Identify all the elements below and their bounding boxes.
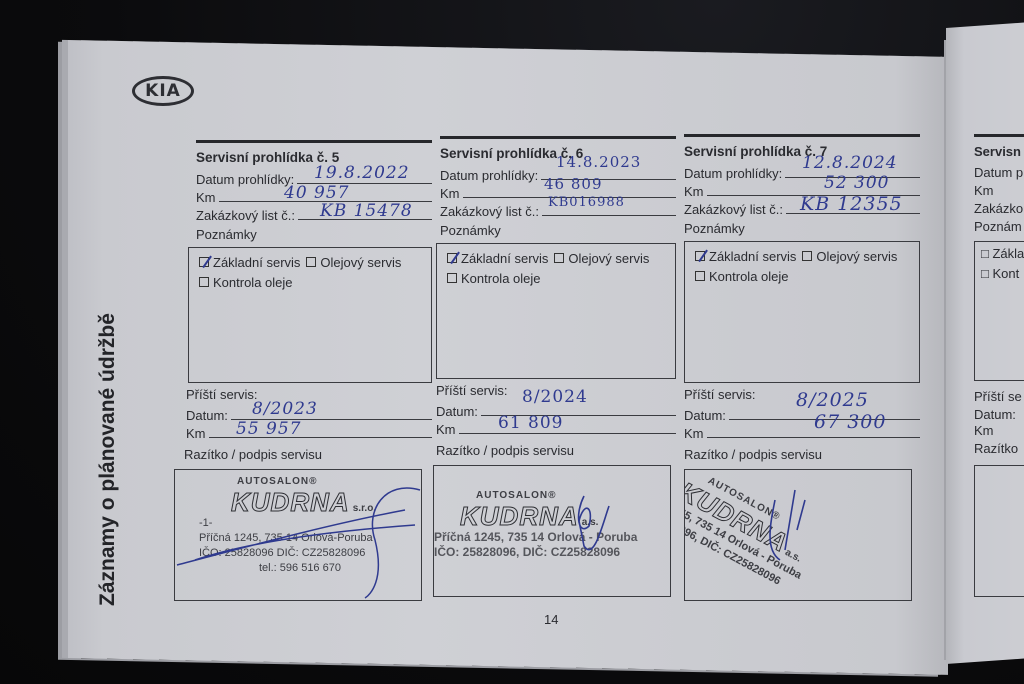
- next-km-label: Km: [436, 422, 456, 437]
- notes-label: Poznámky: [196, 227, 432, 245]
- date-label: Datum prohlídky:: [684, 166, 782, 181]
- stamp-label: Razítko / podpis servisu: [436, 443, 676, 461]
- checkbox-label: Základní servis: [461, 251, 548, 266]
- order-value: KB 12355: [800, 193, 903, 215]
- signature-scribble: [175, 470, 421, 600]
- card-top-rule: [196, 140, 432, 143]
- notes-box[interactable]: Základní servisOlejový servis Kontrola o…: [684, 241, 920, 383]
- service-record-card: Servisní prohlídka č. 7 Datum prohlídky:…: [684, 134, 920, 601]
- order-value: KB016988: [548, 195, 625, 210]
- next-km-value: 55 957: [236, 419, 301, 439]
- checkbox-icon: [695, 271, 705, 281]
- order-field[interactable]: Zakázkový list č.:KB 12355: [684, 199, 920, 217]
- service-record-card: Servisní prohlídka č. 6 Datum prohlídky:…: [440, 136, 676, 597]
- order-field[interactable]: Zakázkový list č.:KB 15478: [196, 205, 432, 223]
- checkbox-label: Kontrola oleje: [461, 271, 541, 286]
- next-date-label: Datum:: [974, 407, 1024, 423]
- oil-check-checkbox[interactable]: Kontrola oleje: [447, 268, 541, 288]
- checkbox-checked-icon: [695, 251, 705, 261]
- stamp-box: AUTOSALON® KUDRNA a.s. Příčná 1245, 735 …: [433, 465, 671, 597]
- checkbox-label: Základní servis: [213, 255, 300, 270]
- checkbox-checked-icon: [447, 253, 457, 263]
- date-value: 12.8.2024: [802, 153, 898, 173]
- section-title: Záznamy o plánované údržbě: [96, 313, 120, 606]
- stamp-box: [974, 465, 1024, 597]
- oil-check-checkbox[interactable]: □ Kont: [981, 266, 1024, 286]
- next-km-field[interactable]: Km55 957: [186, 423, 432, 441]
- card-top-rule: [684, 134, 920, 137]
- signature-scribble: [434, 466, 670, 596]
- next-km-value: 67 300: [814, 411, 886, 433]
- checkbox-label: Kontrola oleje: [709, 269, 789, 284]
- next-date-label: Datum:: [436, 404, 478, 419]
- next-km-label: Km: [186, 426, 206, 441]
- order-value: KB 15478: [320, 201, 413, 221]
- notes-box[interactable]: □ Zákla □ Kont: [974, 241, 1024, 381]
- date-value: 19.8.2022: [314, 163, 410, 183]
- order-label: Zakázkový list č.:: [440, 204, 539, 219]
- checkbox-icon: [554, 253, 564, 263]
- km-label: Km: [974, 183, 1024, 201]
- next-km-field[interactable]: Km67 300: [684, 423, 920, 441]
- notes-box[interactable]: Základní servisOlejový servis Kontrola o…: [436, 243, 676, 379]
- oil-check-checkbox[interactable]: Kontrola oleje: [199, 272, 293, 292]
- notes-label: Poznámky: [684, 221, 920, 239]
- km-label: Km: [440, 186, 460, 201]
- notes-label: Poznám: [974, 219, 1024, 237]
- checkbox-icon: [447, 273, 457, 283]
- next-date-label: Datum:: [186, 408, 228, 423]
- stamp-box: AUTOSALON® KUDRNA a.s. Příčná 1245, 735 …: [684, 469, 912, 601]
- card-top-rule: [440, 136, 676, 139]
- checkbox-label: Olejový servis: [320, 255, 401, 270]
- next-km-value: 61 809: [498, 413, 563, 433]
- service-record-card: Servisní prohlídka č. 5 Datum prohlídky:…: [196, 140, 432, 601]
- km-value: 52 300: [824, 173, 889, 193]
- oil-check-checkbox[interactable]: Kontrola oleje: [695, 266, 789, 286]
- km-value: 40 957: [284, 183, 349, 203]
- km-label: Km: [196, 190, 216, 205]
- page-number: 14: [544, 612, 558, 627]
- next-date-field[interactable]: Datum:8/2023: [186, 405, 432, 423]
- basic-service-checkbox[interactable]: Základní servis: [199, 252, 300, 272]
- order-label: Zakázko: [974, 201, 1024, 219]
- kia-logo: KIA: [132, 76, 194, 106]
- date-value: 14.8.2023: [556, 153, 641, 171]
- checkbox-icon: [199, 277, 209, 287]
- stamp-box: AUTOSALON® KUDRNA s.r.o. -1- Příčná 1245…: [174, 469, 422, 601]
- oil-service-checkbox[interactable]: Olejový servis: [802, 246, 897, 266]
- signature-scribble: [685, 470, 911, 600]
- checkbox-label: Olejový servis: [568, 251, 649, 266]
- card-top-rule: [974, 134, 1024, 137]
- checkbox-label: Kontrola oleje: [213, 275, 293, 290]
- checkbox-label: Základní servis: [709, 249, 796, 264]
- partial-service-record-card: Servisn Datum p Km Zakázko Poznám □ Zákl…: [974, 134, 1024, 597]
- order-label: Zakázkový list č.:: [684, 202, 783, 217]
- order-label: Zakázkový list č.:: [196, 208, 295, 223]
- checkbox-icon: [306, 257, 316, 267]
- next-date-value: 8/2025: [796, 389, 869, 411]
- next-km-label: Km: [684, 426, 704, 441]
- stamp-label: Razítko / podpis servisu: [184, 447, 432, 465]
- next-date-label: Datum:: [684, 408, 726, 423]
- notes-label: Poznámky: [440, 223, 676, 241]
- oil-service-checkbox[interactable]: Olejový servis: [306, 252, 401, 272]
- card-title: Servisn: [974, 144, 1024, 159]
- km-label: Km: [684, 184, 704, 199]
- next-date-value: 8/2023: [252, 399, 318, 419]
- basic-service-checkbox[interactable]: □ Zákla: [981, 246, 1024, 266]
- stamp-label: Razítko / podpis servisu: [684, 447, 920, 465]
- stamp-label: Razítko: [974, 441, 1024, 459]
- km-value: 46 809: [544, 175, 603, 193]
- basic-service-checkbox[interactable]: Základní servis: [447, 248, 548, 268]
- date-label: Datum prohlídky:: [196, 172, 294, 187]
- notes-box[interactable]: Základní servisOlejový servis Kontrola o…: [188, 247, 432, 383]
- next-date-value: 8/2024: [522, 387, 588, 407]
- next-km-label: Km: [974, 423, 1024, 441]
- next-km-field[interactable]: Km61 809: [436, 419, 676, 437]
- date-label: Datum p: [974, 165, 1024, 183]
- order-field[interactable]: Zakázkový list č.:KB016988: [440, 201, 676, 219]
- next-service-label: Příští se: [974, 389, 1024, 407]
- checkbox-checked-icon: [199, 257, 209, 267]
- date-label: Datum prohlídky:: [440, 168, 538, 183]
- oil-service-checkbox[interactable]: Olejový servis: [554, 248, 649, 268]
- checkbox-icon: [802, 251, 812, 261]
- checkbox-label: Olejový servis: [816, 249, 897, 264]
- basic-service-checkbox[interactable]: Základní servis: [695, 246, 796, 266]
